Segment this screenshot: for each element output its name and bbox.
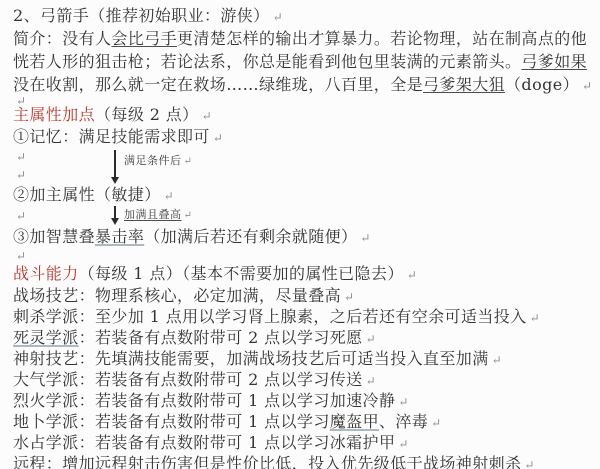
paragraph-mark: ↵ — [16, 150, 26, 164]
paragraph-title: 2、弓箭手（推荐初始职业：游侠）↵ — [13, 4, 592, 27]
text-run: ①记忆：满足技能需求即可 — [13, 127, 210, 146]
arrow-head-icon — [111, 177, 119, 184]
paragraph-empty-sm: ↵ — [13, 96, 592, 104]
text-run: 地卜学派：若装备有点数附带可 1 点以学习 — [13, 412, 330, 431]
underlined-text: 弓爹如果 — [521, 52, 587, 71]
underlined-text: 会比弓手 — [111, 29, 177, 48]
text-run: 更清楚怎样的输出才算暴力。若论物理，站在制高点的他 — [177, 29, 587, 48]
arrow-stem — [114, 150, 116, 177]
text-run: 刺杀学派：至少加 1 点用以学习肾上腺素，之后若还有空余可适当投入 — [13, 307, 527, 326]
paragraph-mark: ↵ — [366, 374, 376, 388]
paragraph-mark: ↵ — [184, 156, 192, 167]
paragraph-mark: ↵ — [524, 458, 534, 469]
paragraph-mark: ↵ — [582, 79, 592, 93]
paragraph-mark: ↵ — [184, 210, 192, 221]
paragraph-step: ②加主属性（敏捷）↵ — [13, 184, 592, 206]
text-run: （doge） — [505, 75, 579, 94]
arrow-1-label: 满足条件后↵ — [124, 152, 192, 168]
text-run: 战场技艺：物理系核心，必定加满，尽量叠高 — [13, 286, 341, 305]
paragraph-list: 烈火学派：若装备有点数附带可 1 点以学习加速冷静↵ — [13, 390, 592, 411]
arrow-1-label-text: 满足条件后 — [124, 154, 182, 167]
paragraph-mark: ↵ — [407, 268, 417, 282]
paragraph-list: 死灵学派：若装备有点数附带可 2 点以学习死愿↵ — [13, 327, 592, 348]
paragraph-mark: ↵ — [16, 249, 26, 263]
paragraph-body: 恍若人形的狙击枪；若论法系，你总是能看到他包里装满的元素箭头。弓爹如果 — [13, 50, 592, 73]
paragraph-list: 神射技艺：先填满技能需要，加满战场技艺后可适当投入直至加满↵ — [13, 348, 592, 369]
text-run: 、淬毒 — [379, 412, 428, 431]
text-run: （加满后若还有剩余就随便） — [144, 227, 357, 246]
text-run: 烈火学派：若装备有点数附带可 1 点以学习加速冷静 — [13, 391, 395, 410]
paragraph-mark: ↵ — [273, 10, 283, 24]
paragraph-heading: 战斗能力（每级 1 点）（基本不需要加的属性已隐去）↵ — [13, 263, 592, 285]
paragraph-gap-arrow: ↵ — [13, 148, 592, 166]
paragraph-body: 没在收割，那么就一定在救场……绿维珑，八百里，全是弓爹架大狙（doge）↵ — [13, 73, 592, 96]
text-run: ②加主属性（敏捷） — [13, 185, 161, 204]
paragraph-mark: ↵ — [344, 290, 354, 304]
text-run: ③加智慧叠 — [13, 227, 95, 246]
paragraph-mark: ↵ — [16, 209, 26, 223]
underlined-text: 弓爹架大狙 — [423, 75, 505, 94]
text-run: 水占学派：若装备有点数附带可 1 点以学习冰霜护甲 — [13, 433, 395, 452]
paragraph-heading: 主属性加点（每级 2 点）↵ — [13, 104, 592, 126]
text-run: 远程：增加远程射击伤害但是性价比低，投入优先级低于战场神射刺杀 — [13, 454, 521, 469]
paragraph-mark: ↵ — [530, 311, 540, 325]
arrow-head-icon — [111, 218, 119, 225]
paragraph-list: 水占学派：若装备有点数附带可 1 点以学习冰霜护甲↵ — [13, 432, 592, 453]
document-page: 2、弓箭手（推荐初始职业：游侠）↵简介：没有人会比弓手更清楚怎样的输出才算暴力。… — [0, 0, 600, 469]
section-heading-text: 主属性加点 — [13, 105, 95, 124]
arrow-stem — [114, 206, 116, 218]
paragraph-list: 战场技艺：物理系核心，必定加满，尽量叠高↵ — [13, 285, 592, 306]
paragraph-body: 简介：没有人会比弓手更清楚怎样的输出才算暴力。若论物理，站在制高点的他 — [13, 27, 592, 50]
underlined-text: 暴击率 — [95, 227, 144, 246]
paragraph-mark: ↵ — [202, 109, 212, 123]
paragraph-list: 地卜学派：若装备有点数附带可 1 点以学习魔盔甲、淬毒↵ — [13, 411, 592, 432]
arrow-2-label-text: 加满且叠高 — [124, 208, 182, 221]
arrow-2-label: 加满且叠高↵ — [124, 206, 192, 222]
paragraph-mark: ↵ — [492, 353, 502, 367]
paragraph-step: ③加智慧叠暴击率（加满后若还有剩余就随便）↵ — [13, 226, 592, 248]
text-run: 简介：没有人 — [13, 29, 111, 48]
paragraph-empty-md: ↵ — [13, 248, 592, 263]
paragraph-mark: ↵ — [398, 437, 408, 451]
text-run: 2、弓箭手（推荐初始职业：游侠） — [13, 6, 270, 25]
text-run: （每级 2 点） — [95, 105, 199, 124]
paragraph-mark: ↵ — [360, 231, 370, 245]
paragraph-mark: ↵ — [431, 416, 441, 430]
text-run: 恍若人形的狙击枪；若论法系，你总是能看到他包里装满的元素箭头。 — [13, 52, 521, 71]
underlined-text: 魔盔甲 — [330, 412, 379, 431]
paragraph-list: 远程：增加远程射击伤害但是性价比低，投入优先级低于战场神射刺杀↵ — [13, 453, 592, 469]
text-run: 大气学派：若装备有点数附带可 2 点以学习传送 — [13, 370, 363, 389]
text-run: （每级 1 点）（基本不需要加的属性已隐去） — [79, 264, 404, 283]
document-body: 2、弓箭手（推荐初始职业：游侠）↵简介：没有人会比弓手更清楚怎样的输出才算暴力。… — [0, 0, 600, 469]
paragraph-mark: ↵ — [213, 131, 223, 145]
text-run: 没在收割，那么就一定在救场……绿维珑，八百里，全是 — [13, 75, 423, 94]
text-run: ：若装备有点数附带可 2 点以学习死愿 — [79, 328, 363, 347]
section-heading-text: 战斗能力 — [13, 264, 79, 283]
paragraph-gap-arrow2: ↵ — [13, 206, 592, 226]
paragraph-mark: ↵ — [16, 168, 26, 182]
paragraph-mark: ↵ — [164, 189, 174, 203]
paragraph-step: ①记忆：满足技能需求即可↵ — [13, 126, 592, 148]
underlined-text: 死灵学派 — [13, 328, 79, 347]
paragraph-mark: ↵ — [398, 395, 408, 409]
paragraph-gap-arrow: ↵ — [13, 166, 592, 184]
paragraph-mark: ↵ — [366, 332, 376, 346]
text-run: 神射技艺：先填满技能需要，加满战场技艺后可适当投入直至加满 — [13, 349, 489, 368]
paragraph-list: 刺杀学派：至少加 1 点用以学习肾上腺素，之后若还有空余可适当投入↵ — [13, 306, 592, 327]
paragraph-list: 大气学派：若装备有点数附带可 2 点以学习传送↵ — [13, 369, 592, 390]
